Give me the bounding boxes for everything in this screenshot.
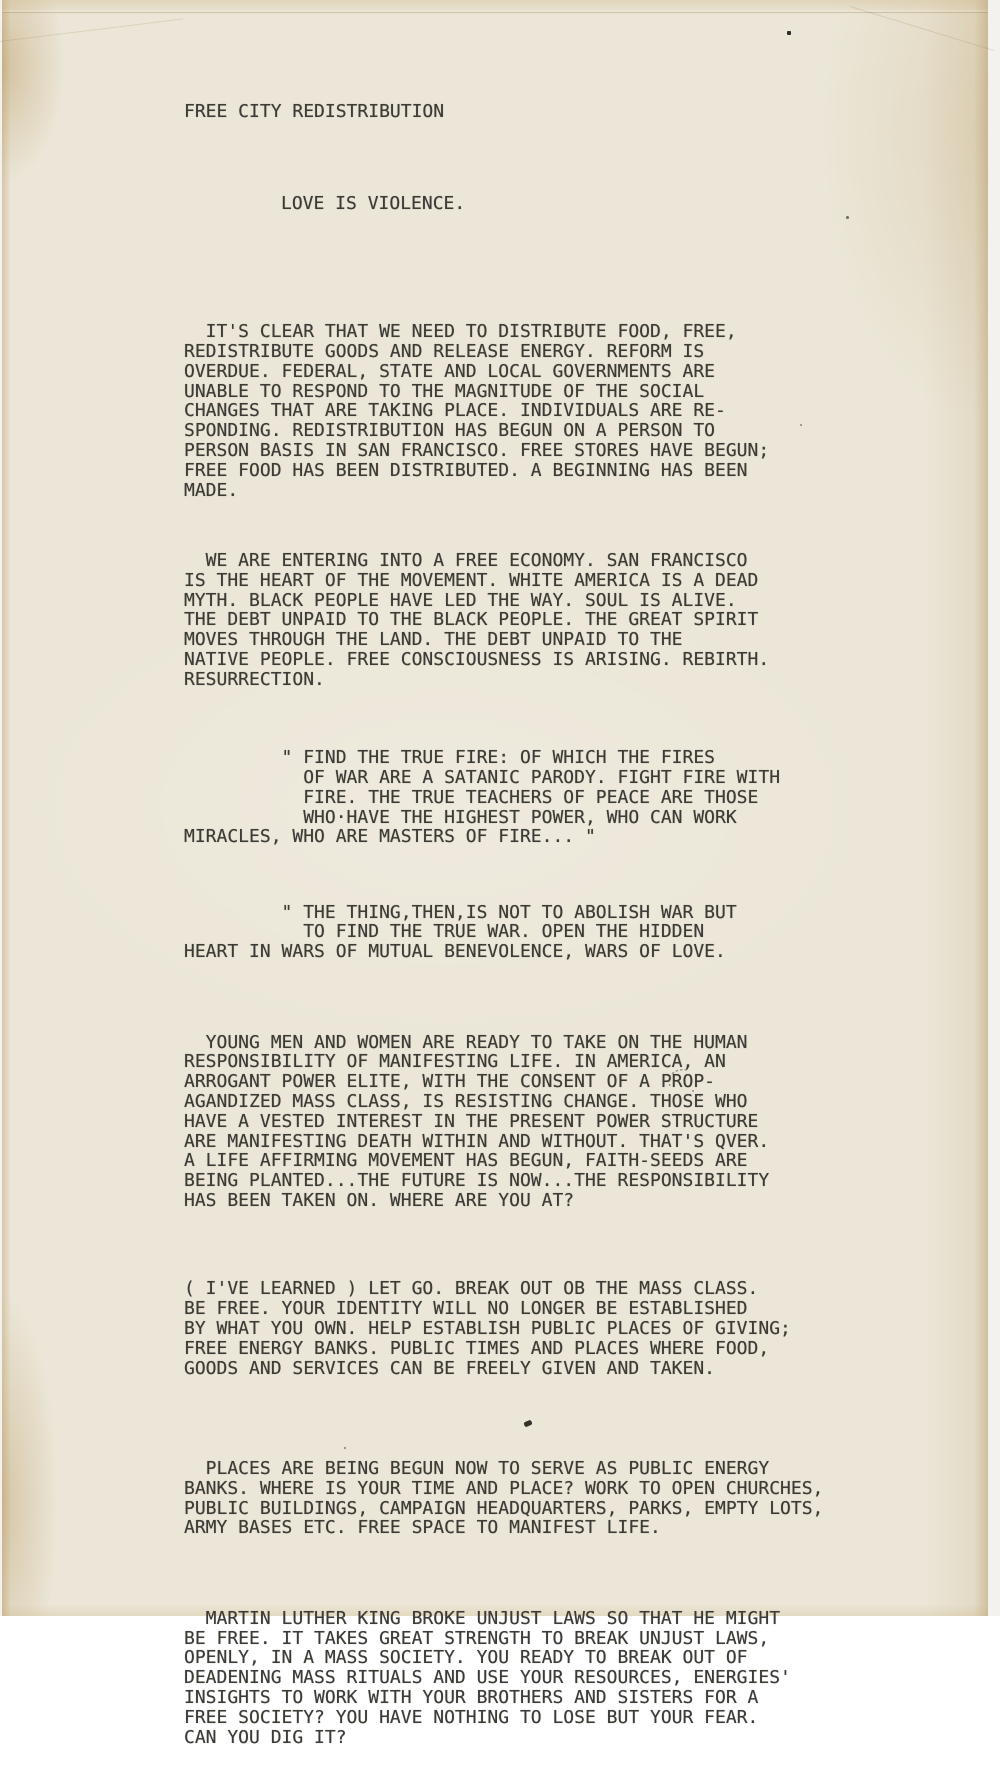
ink-speck-top-right: [787, 31, 791, 35]
paragraph-1: IT'S CLEAR THAT WE NEED TO DISTRIBUTE FO…: [184, 322, 904, 500]
pen-dot-2: [699, 1095, 701, 1097]
paragraph-3: YOUNG MEN AND WOMEN ARE READY TO TAKE ON…: [184, 1033, 904, 1211]
pen-squiggle-mark: [663, 1066, 693, 1096]
paper-crease-top: [2, 12, 988, 13]
paragraph-4: ( I'VE LEARNED ) LET GO. BREAK OUT OB TH…: [184, 1279, 904, 1378]
ink-speck-2: [800, 424, 802, 426]
ink-speck-1: [846, 216, 849, 219]
quote-1: " FIND THE TRUE FIRE: OF WHICH THE FIRES…: [184, 748, 904, 847]
paragraph-5: PLACES ARE BEING BEGUN NOW TO SERVE AS P…: [184, 1459, 904, 1538]
pen-dot-1: [692, 1090, 694, 1092]
document-body: FREE CITY REDISTRIBUTION LOVE IS VIOLENC…: [184, 62, 904, 1616]
quote-2: " THE THING,THEN,IS NOT TO ABOLISH WAR B…: [184, 903, 904, 962]
document-subtitle: LOVE IS VIOLENCE.: [281, 194, 904, 214]
paper-crease-top-left: [0, 18, 183, 42]
ink-speck-3: [344, 1447, 346, 1449]
paragraph-2: WE ARE ENTERING INTO A FREE ECONOMY. SAN…: [184, 551, 904, 690]
document-title: FREE CITY REDISTRIBUTION: [184, 102, 904, 122]
paragraph-6: MARTIN LUTHER KING BROKE UNJUST LAWS SO …: [184, 1609, 904, 1616]
